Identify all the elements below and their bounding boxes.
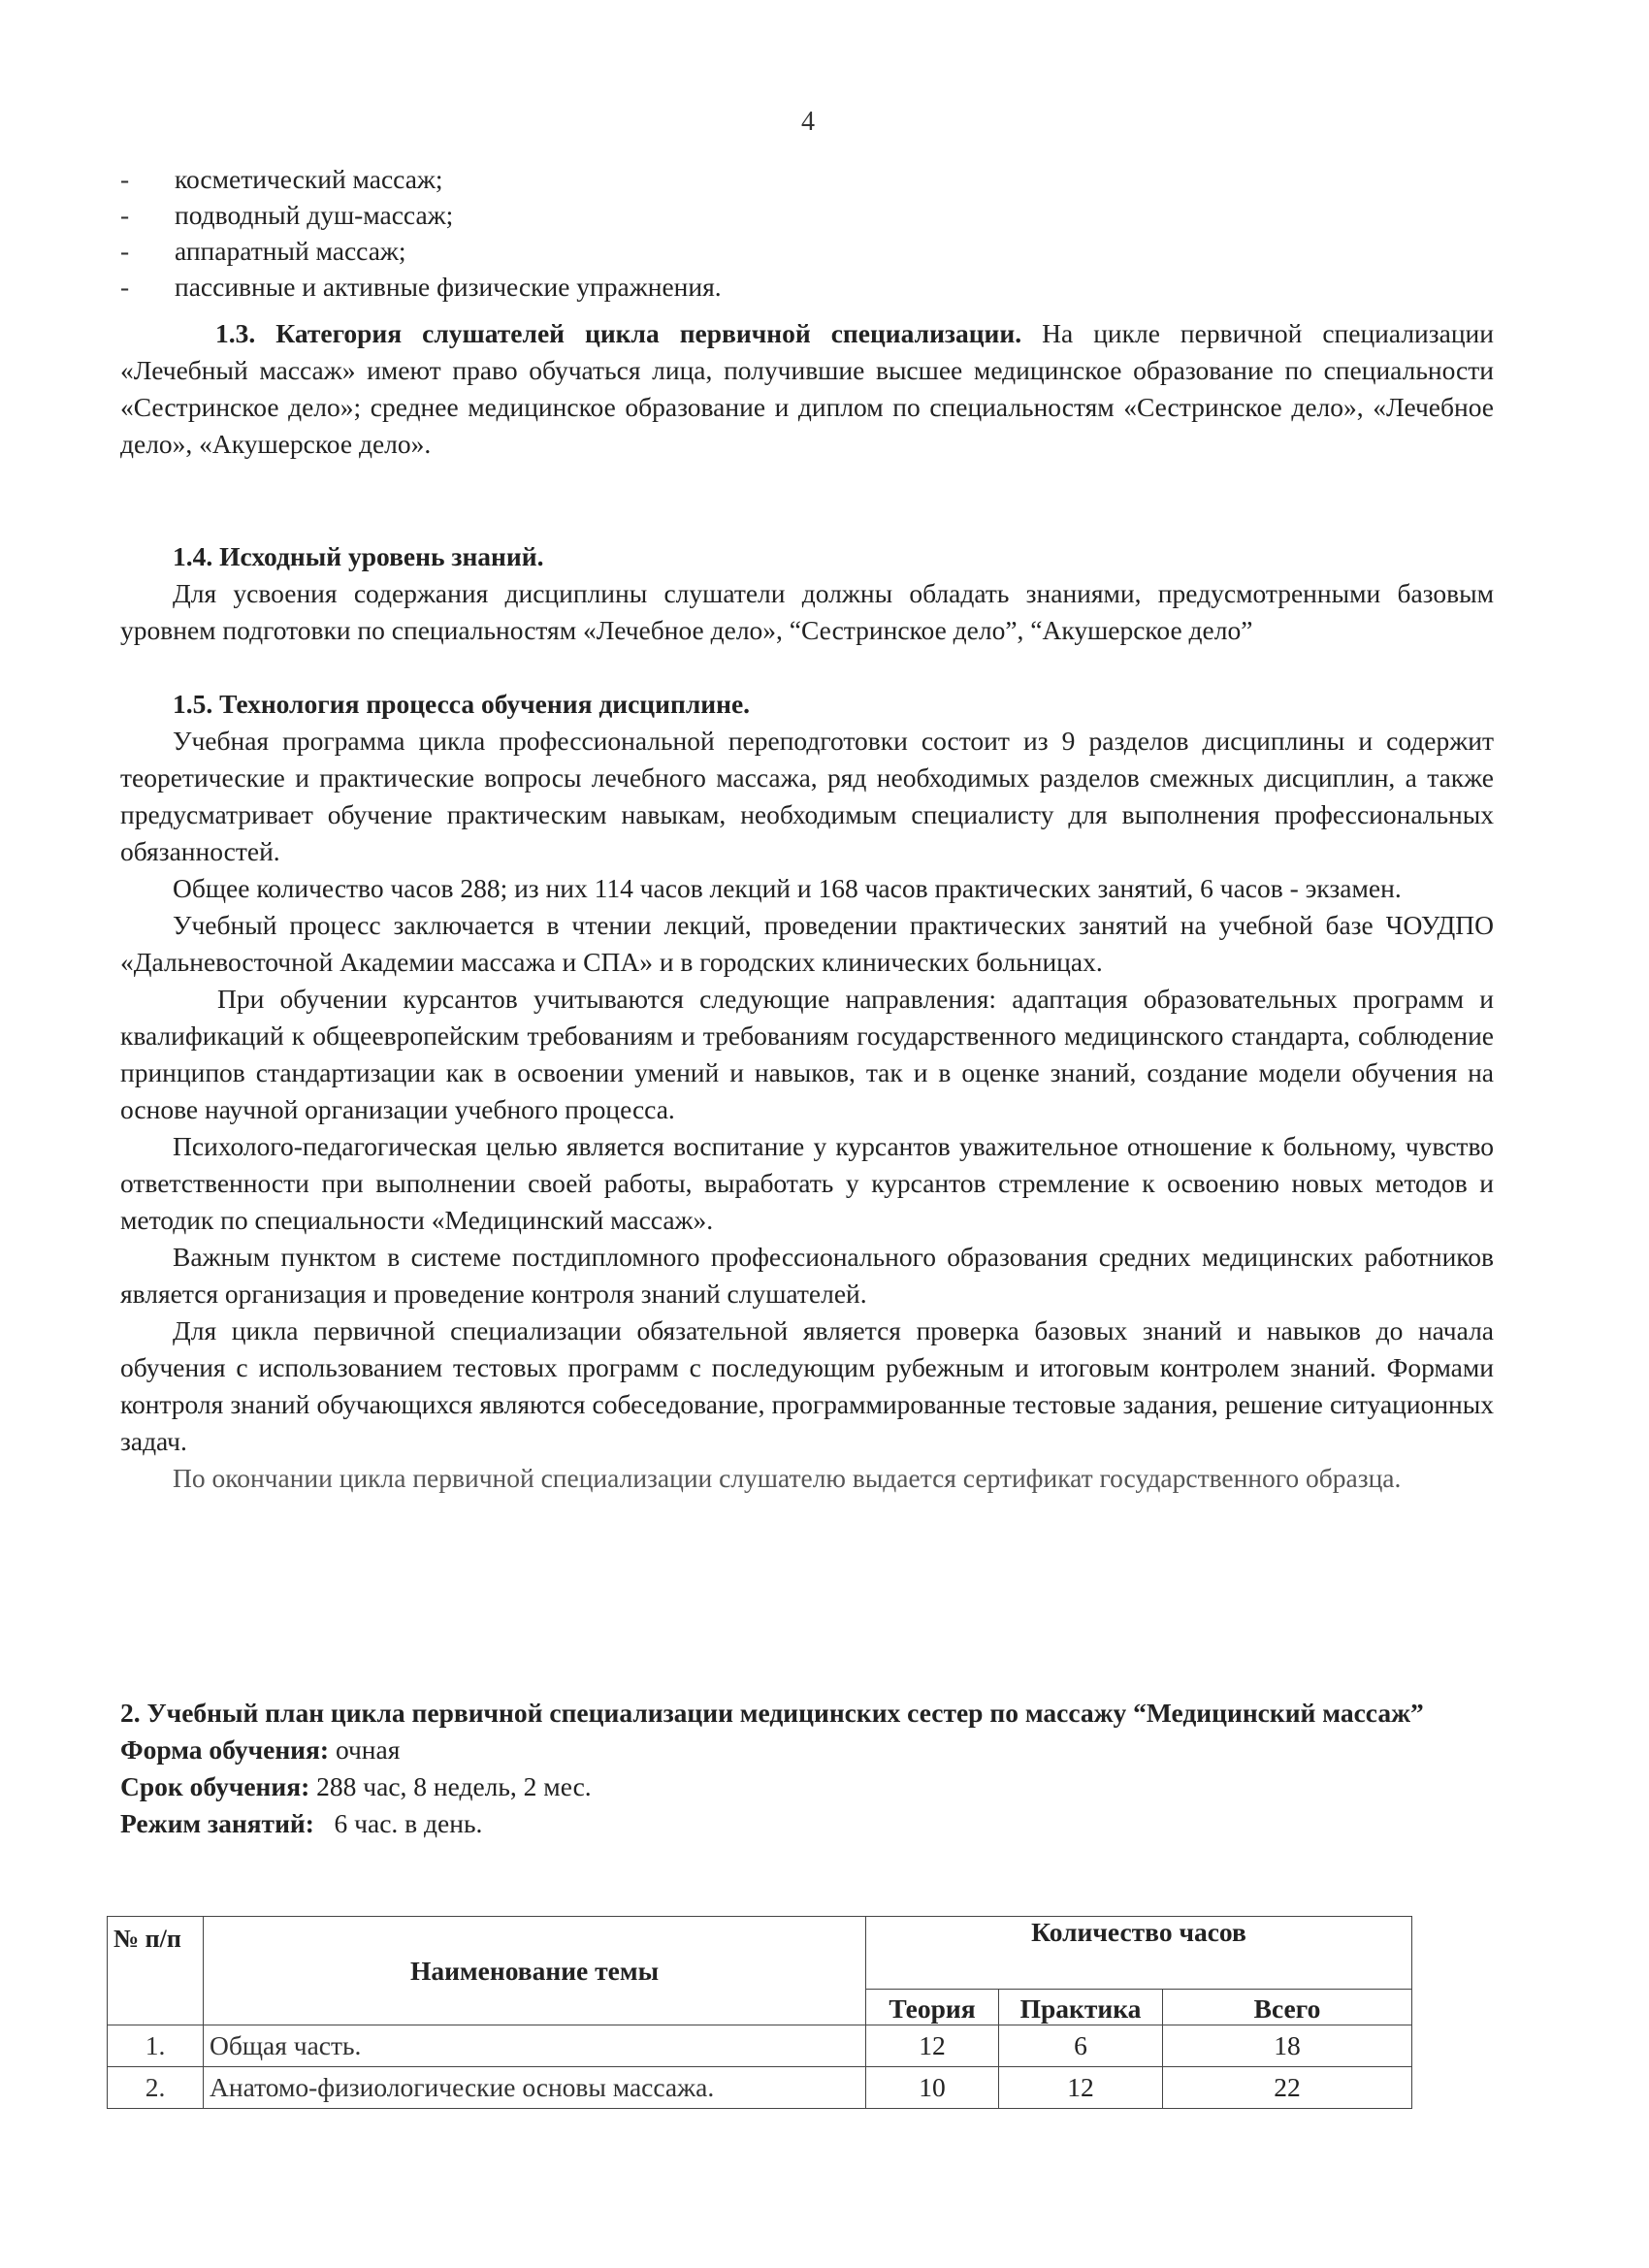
cell-total: 18 xyxy=(1163,2025,1412,2067)
study-form-label: Форма обучения: xyxy=(120,1734,329,1765)
list-item-text: аппаратный массаж; xyxy=(175,236,406,266)
paragraph-total-hours: Общее количество часов 288; из них 114 ч… xyxy=(120,870,1494,907)
cell-number: 1. xyxy=(108,2025,204,2067)
list-item: -аппаратный массаж; xyxy=(120,233,1517,269)
study-mode-value: 6 час. в день. xyxy=(314,1808,482,1838)
page-number: 4 xyxy=(801,107,815,138)
cell-number: 2. xyxy=(108,2067,204,2109)
curriculum-table: № п/п Наименование темы Количество часов… xyxy=(107,1916,1412,2109)
cell-practice: 12 xyxy=(999,2067,1163,2109)
column-header-hours: Количество часов xyxy=(866,1917,1412,1990)
study-form-value: очная xyxy=(329,1734,400,1765)
dash-bullet-icon: - xyxy=(120,269,175,305)
section-1-3-paragraph: 1.3. Категория слушателей цикла первично… xyxy=(120,315,1494,463)
study-mode-line: Режим занятий: 6 час. в день. xyxy=(120,1805,1494,1842)
column-header-theory: Теория xyxy=(866,1990,999,2025)
list-item: -подводный душ-массаж; xyxy=(120,197,1517,233)
section-1-3-heading: 1.3. Категория слушателей цикла первично… xyxy=(215,318,1021,348)
study-term-value: 288 час, 8 недель, 2 мес. xyxy=(309,1771,591,1801)
cell-theory: 10 xyxy=(866,2067,999,2109)
dash-bullet-icon: - xyxy=(120,161,175,197)
cell-theory: 12 xyxy=(866,2025,999,2067)
dash-bullet-icon: - xyxy=(120,197,175,233)
list-item-text: косметический массаж; xyxy=(175,164,443,194)
cell-total: 22 xyxy=(1163,2067,1412,2109)
massage-types-list: -косметический массаж; -подводный душ-ма… xyxy=(120,161,1517,305)
section-1-4-body: Для усвоения содержания дисциплины слуша… xyxy=(120,575,1494,649)
paragraph-program-structure: Учебная программа цикла профессиональной… xyxy=(120,723,1494,870)
column-header-number: № п/п xyxy=(108,1917,204,2025)
paragraph-learning-process: Учебный процесс заключается в чтении лек… xyxy=(120,907,1494,981)
table-row: 1. Общая часть. 12 6 18 xyxy=(108,2025,1412,2067)
section-1-4-heading: 1.4. Исходный уровень знаний. xyxy=(120,538,1494,575)
list-item-text: пассивные и активные физические упражнен… xyxy=(175,272,722,302)
column-header-total: Всего xyxy=(1163,1990,1412,2025)
cell-topic: Общая часть. xyxy=(204,2025,866,2067)
list-item-text: подводный душ-массаж; xyxy=(175,200,453,230)
dash-bullet-icon: - xyxy=(120,233,175,269)
paragraph-knowledge-control: Важным пунктом в системе постдипломного … xyxy=(120,1239,1494,1312)
paragraph-training-directions: При обучении курсантов учитываются следу… xyxy=(120,981,1494,1128)
section-2: 2. Учебный план цикла первичной специали… xyxy=(120,1695,1494,1842)
column-header-practice: Практика xyxy=(999,1990,1163,2025)
paragraph-pedagogical-goal: Психолого-педагогическая целью является … xyxy=(120,1128,1494,1239)
list-item: -пассивные и активные физические упражне… xyxy=(120,269,1517,305)
study-term-line: Срок обучения: 288 час, 8 недель, 2 мес. xyxy=(120,1768,1494,1805)
study-term-label: Срок обучения: xyxy=(120,1771,309,1801)
table-header-row: № п/п Наименование темы Количество часов xyxy=(108,1917,1412,1990)
column-header-topic: Наименование темы xyxy=(204,1917,866,2025)
study-mode-label: Режим занятий: xyxy=(120,1808,314,1838)
paragraph-certificate: По окончании цикла первичной специализац… xyxy=(120,1460,1494,1497)
table-row: 2. Анатомо-физиологические основы массаж… xyxy=(108,2067,1412,2109)
paragraph-testing-forms: Для цикла первичной специализации обязат… xyxy=(120,1312,1494,1460)
cell-practice: 6 xyxy=(999,2025,1163,2067)
section-1-4: 1.4. Исходный уровень знаний. Для усвоен… xyxy=(120,538,1494,649)
study-form-line: Форма обучения: очная xyxy=(120,1732,1494,1768)
section-1-3: 1.3. Категория слушателей цикла первично… xyxy=(120,315,1494,463)
section-1-5: 1.5. Технология процесса обучения дисцип… xyxy=(120,686,1494,1497)
cell-topic: Анатомо-физиологические основы массажа. xyxy=(204,2067,866,2109)
section-2-heading: 2. Учебный план цикла первичной специали… xyxy=(120,1695,1494,1732)
list-item: -косметический массаж; xyxy=(120,161,1517,197)
section-1-5-heading: 1.5. Технология процесса обучения дисцип… xyxy=(120,686,1494,723)
